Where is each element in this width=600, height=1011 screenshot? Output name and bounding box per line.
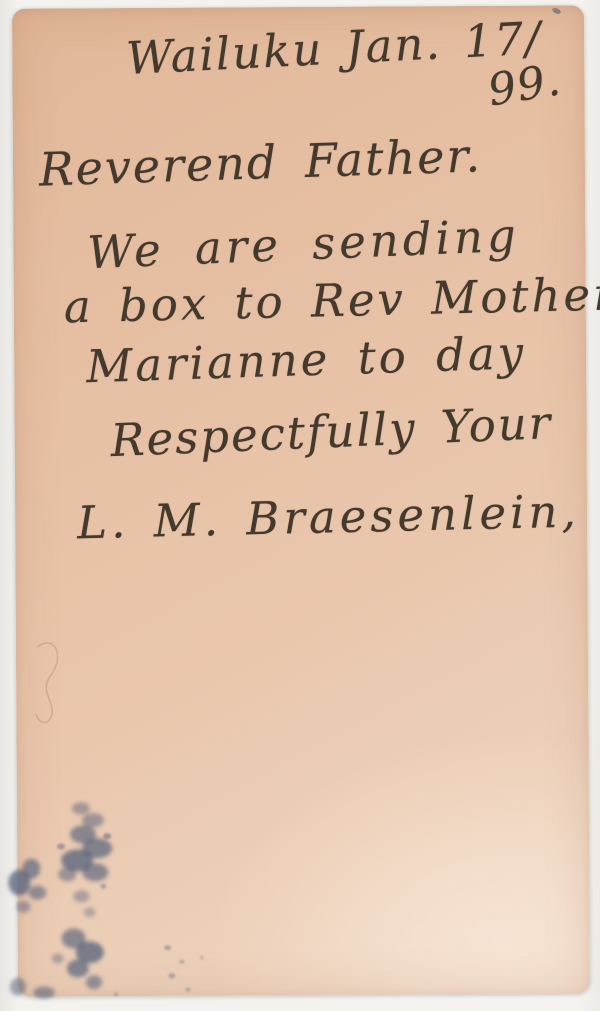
closing: Respectfully Your — [110, 396, 554, 467]
pencil-squiggle-mark — [20, 632, 91, 732]
body-line: a box to Rev Mother — [63, 267, 600, 333]
dateline-year: 99. — [484, 54, 564, 116]
body-line: Marianne to day — [85, 326, 527, 393]
postal-card: Wailuku Jan. 17/ 99. Reverend Father. We… — [12, 5, 590, 996]
photo-background: Wailuku Jan. 17/ 99. Reverend Father. We… — [0, 0, 600, 1011]
salutation: Reverend Father. — [38, 128, 483, 196]
dateline-place-date: Wailuku Jan. 17/ — [125, 11, 543, 85]
body-line: We are sending — [86, 209, 520, 280]
corner-ink-speck — [551, 7, 561, 15]
signature: L. M. Braesenlein, — [77, 485, 581, 550]
ink-stain — [3, 775, 234, 1002]
